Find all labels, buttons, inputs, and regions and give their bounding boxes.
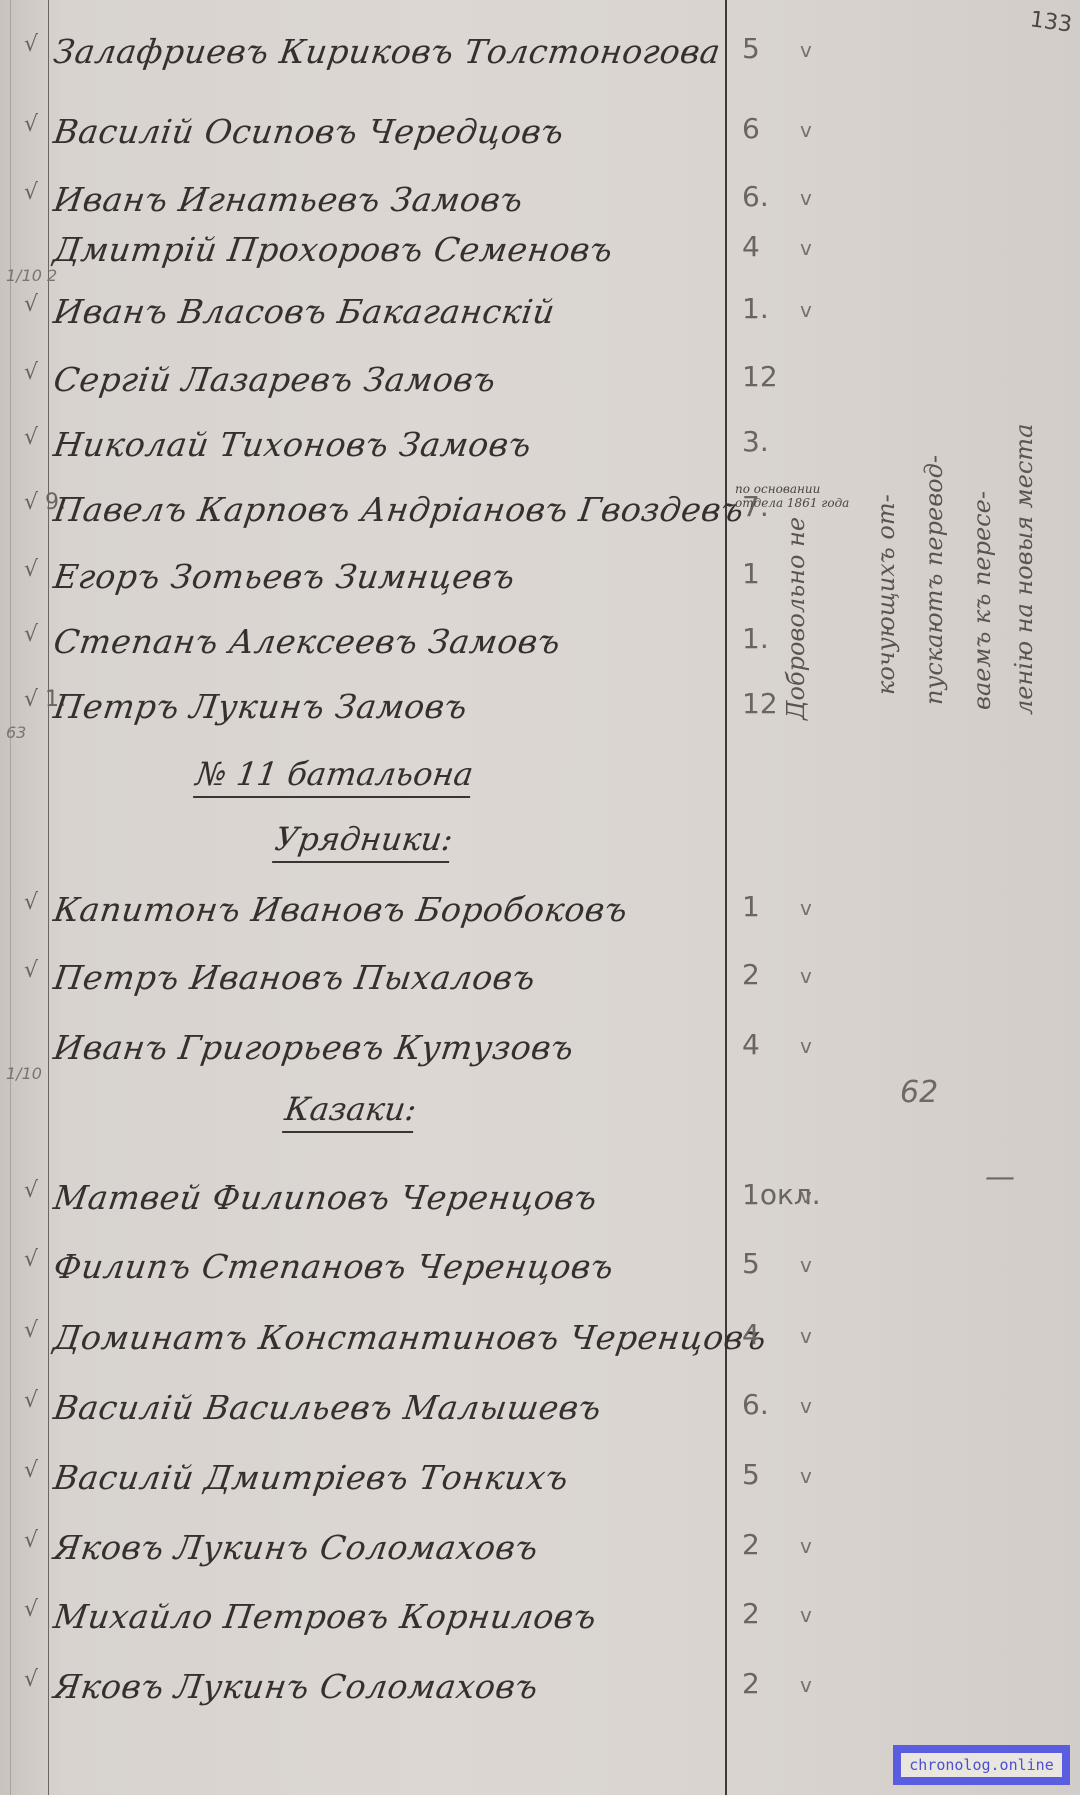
check-mark-icon: √: [24, 1597, 38, 1622]
person-name: Василій Дмитріевъ Тонкихъ: [51, 1458, 571, 1497]
ledger-row: √Капитонъ Ивановъ Боробоковъ1v: [0, 890, 1080, 950]
person-name: Петръ Лукинъ Замовъ: [51, 687, 470, 726]
check-mark-icon: √: [24, 292, 38, 317]
check-mark-icon: √: [24, 1667, 38, 1692]
subheading-kazaki: Казаки:: [282, 1090, 419, 1133]
verify-mark-icon: v: [800, 1603, 812, 1627]
person-name: Павелъ Карповъ Андріановъ Гвоздевъ: [51, 490, 746, 529]
count-value: 4: [742, 230, 760, 263]
count-value: 1.: [742, 622, 769, 655]
ledger-row: √Степанъ Алексеевъ Замовъ1.: [0, 622, 1080, 682]
count-value: 1.: [742, 292, 769, 325]
ledger-row: √Иванъ Власовъ Бакаганскій1.v: [0, 292, 1080, 352]
check-mark-icon: √: [24, 360, 38, 385]
check-mark-icon: √: [24, 1318, 38, 1343]
check-mark-icon: √: [24, 1458, 38, 1483]
side-number-62: 62: [900, 1075, 938, 1110]
ledger-row: √Матвей Филиповъ Черенцовъ1окл.v: [0, 1178, 1080, 1238]
person-name: Василій Васильевъ Малышевъ: [51, 1388, 604, 1427]
subheading-uryadniki: Урядники:: [272, 820, 455, 863]
verify-mark-icon: v: [800, 38, 812, 62]
ledger-row: √Доминатъ Константиновъ Черенцовъ4v: [0, 1318, 1080, 1378]
vertical-note-line: ваемъ къ пересе-: [968, 300, 996, 710]
ledger-row: √Сергій Лазаревъ Замовъ12: [0, 360, 1080, 420]
verify-mark-icon: v: [800, 298, 812, 322]
ledger-row: √Залафриевъ Кириковъ Толстоногова5v: [0, 32, 1080, 92]
margin-annotation: 63: [6, 723, 26, 742]
check-mark-icon: √: [24, 557, 38, 582]
ledger-row: √Филипъ Степановъ Черенцовъ5v: [0, 1247, 1080, 1307]
verify-mark-icon: v: [800, 1673, 812, 1697]
ledger-row: 1/10 2Дмитрій Прохоровъ Семеновъ4v: [0, 230, 1080, 290]
check-mark-icon: √: [24, 622, 38, 647]
count-value: 6.: [742, 180, 769, 213]
ledger-row: √Яковъ Лукинъ Соломаховъ2v: [0, 1667, 1080, 1727]
verify-mark-icon: v: [800, 236, 812, 260]
count-value: 6.: [742, 1388, 769, 1421]
count-value: 12: [742, 360, 778, 393]
count-value: 5: [742, 1458, 760, 1491]
ledger-row: √Михайло Петровъ Корниловъ2v: [0, 1597, 1080, 1657]
person-name: Яковъ Лукинъ Соломаховъ: [51, 1667, 540, 1706]
ledger-row: √Василій Осиповъ Чередцовъ6v: [0, 112, 1080, 172]
person-name: Матвей Филиповъ Черенцовъ: [51, 1178, 599, 1217]
verify-mark-icon: v: [800, 118, 812, 142]
person-name: Иванъ Игнатьевъ Замовъ: [51, 180, 525, 219]
person-name: Михайло Петровъ Корниловъ: [51, 1597, 599, 1636]
verify-mark-icon: v: [800, 1464, 812, 1488]
ledger-page: 133 √Залафриевъ Кириковъ Толстоногова5v√…: [0, 0, 1080, 1795]
person-name: Иванъ Власовъ Бакаганскій: [51, 292, 557, 331]
vertical-note-line: ленію на новыя места: [1010, 295, 1038, 715]
check-mark-icon: √: [24, 1528, 38, 1553]
check-mark-icon: √: [24, 425, 38, 450]
section-heading: № 11 батальона: [193, 755, 476, 798]
person-name: Сергій Лазаревъ Замовъ: [51, 360, 498, 399]
ledger-row: √Василій Дмитріевъ Тонкихъ5v: [0, 1458, 1080, 1518]
watermark-text: chronolog.online: [901, 1753, 1062, 1777]
person-name: Степанъ Алексеевъ Замовъ: [51, 622, 563, 661]
verify-mark-icon: v: [800, 964, 812, 988]
margin-annotation: 1/10 2: [6, 266, 57, 285]
ledger-row: √Василій Васильевъ Малышевъ6.v: [0, 1388, 1080, 1448]
vertical-note-line: Добровольно не: [782, 360, 810, 720]
verify-mark-icon: v: [800, 896, 812, 920]
vertical-note-line: кочующихъ от-: [872, 315, 900, 695]
check-mark-icon: √: [24, 112, 38, 137]
person-name: Яковъ Лукинъ Соломаховъ: [51, 1528, 540, 1567]
vertical-note-line: пускаютъ перевод-: [920, 305, 948, 705]
person-name: Василій Осиповъ Чередцовъ: [51, 112, 566, 151]
check-mark-icon: √: [24, 1247, 38, 1272]
ledger-row: √ 1.63Петръ Лукинъ Замовъ12: [0, 687, 1080, 747]
check-mark-icon: √: [24, 1388, 38, 1413]
person-name: Петръ Ивановъ Пыхаловъ: [51, 958, 538, 997]
count-value: 6: [742, 112, 760, 145]
verify-mark-icon: v: [800, 1324, 812, 1348]
check-mark-icon: √: [24, 32, 38, 57]
margin-annotation: 1/10: [6, 1064, 42, 1083]
count-value: 5: [742, 32, 760, 65]
ledger-row: √Яковъ Лукинъ Соломаховъ2v: [0, 1528, 1080, 1588]
verify-mark-icon: v: [800, 1184, 812, 1208]
count-value: 4: [742, 1028, 760, 1061]
count-value: 2: [742, 958, 760, 991]
ledger-row: √Егоръ Зотьевъ Зимнцевъ1: [0, 557, 1080, 617]
verify-mark-icon: v: [800, 1394, 812, 1418]
count-value: 2: [742, 1528, 760, 1561]
person-name: Дмитрій Прохоровъ Семеновъ: [51, 230, 615, 269]
verify-mark-icon: v: [800, 1534, 812, 1558]
check-mark-icon: √: [24, 958, 38, 983]
person-name: Егоръ Зотьевъ Зимнцевъ: [51, 557, 517, 596]
person-name: Иванъ Григорьевъ Кутузовъ: [51, 1028, 576, 1067]
ledger-row: √Николай Тихоновъ Замовъ3.: [0, 425, 1080, 485]
verify-mark-icon: v: [800, 186, 812, 210]
count-value: 3.: [742, 425, 769, 458]
person-name: Николай Тихоновъ Замовъ: [51, 425, 534, 464]
count-value: 1: [742, 890, 760, 923]
count-value: 12: [742, 687, 778, 720]
person-name: Залафриевъ Кириковъ Толстоногова: [51, 32, 723, 71]
check-mark-icon: √: [24, 1178, 38, 1203]
person-name: Филипъ Степановъ Черенцовъ: [51, 1247, 616, 1286]
person-name: Доминатъ Константиновъ Черенцовъ: [51, 1318, 769, 1357]
verify-mark-icon: v: [800, 1034, 812, 1058]
count-value: 5: [742, 1247, 760, 1280]
person-name: Капитонъ Ивановъ Боробоковъ: [51, 890, 630, 929]
count-value: 2: [742, 1597, 760, 1630]
count-value: 1: [742, 557, 760, 590]
ledger-row: √ 9.Павелъ Карповъ Андріановъ Гвоздевъ7.: [0, 490, 1080, 550]
side-dash: —: [985, 1160, 1015, 1195]
watermark-badge[interactable]: chronolog.online: [893, 1745, 1070, 1785]
check-mark-icon: √: [24, 890, 38, 915]
check-mark-icon: √: [24, 180, 38, 205]
ledger-row: √Петръ Ивановъ Пыхаловъ2v: [0, 958, 1080, 1018]
count-value: 2: [742, 1667, 760, 1700]
verify-mark-icon: v: [800, 1253, 812, 1277]
count-value: 4: [742, 1318, 760, 1351]
